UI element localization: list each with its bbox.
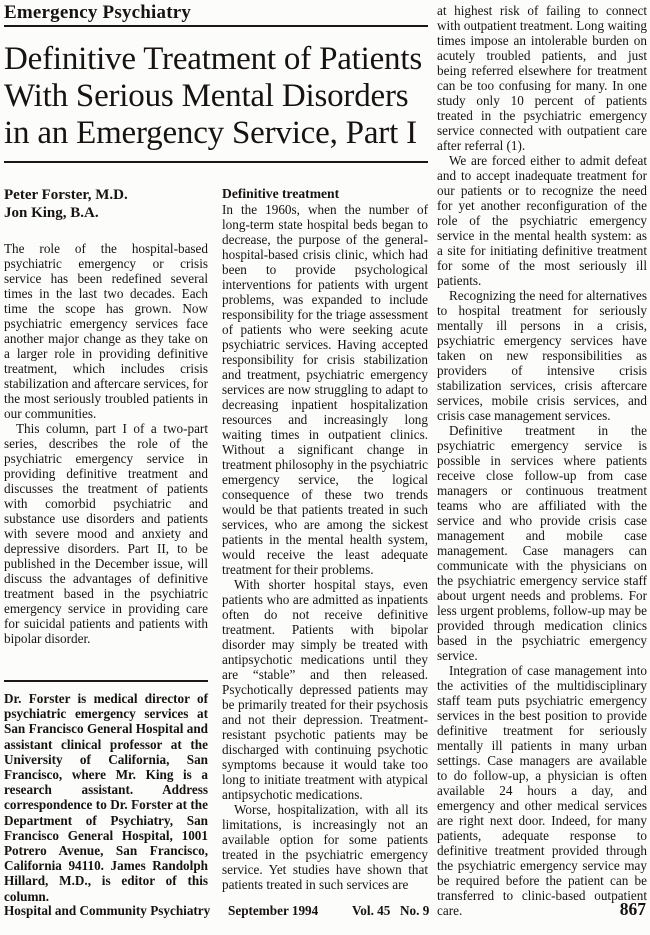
author-note-rule [4, 680, 208, 682]
footer-volume: Vol. 45 [352, 903, 390, 919]
byline: Peter Forster, M.D. Jon King, B.A. [4, 186, 208, 222]
footer-issue-date: September 1994 [228, 903, 318, 919]
body-section-heading: Definitive treatment [222, 186, 428, 202]
intro-paragraph-1: The role of the hospital-based psychiatr… [4, 241, 208, 421]
masthead: Emergency Psychiatry Definitive Treatmen… [4, 2, 428, 163]
article-title-line-2: With Serious Mental Disorders [4, 78, 428, 115]
column-right: at highest risk of failing to connect wi… [437, 3, 647, 918]
intro-paragraph-2: This column, part I of a two-part series… [4, 421, 208, 646]
body-paragraph-2: With shorter hospital stays, even patien… [222, 577, 428, 802]
author-note: Dr. Forster is medical director of psych… [4, 691, 208, 904]
column-middle: Definitive treatment In the 1960s, when … [222, 186, 428, 892]
column-left: Peter Forster, M.D. Jon King, B.A. The r… [4, 186, 208, 904]
page-footer: Hospital and Community Psychiatry Septem… [0, 899, 650, 925]
journal-page: Emergency Psychiatry Definitive Treatmen… [0, 0, 650, 935]
footer-issue-number: No. 9 [400, 903, 429, 919]
body-paragraph-8: Integration of case management into the … [437, 663, 647, 918]
article-title-line-1: Definitive Treatment of Patients [4, 41, 428, 78]
section-header-rule [4, 25, 428, 27]
body-paragraph-5: We are forced either to admit defeat and… [437, 153, 647, 288]
footer-page-number: 867 [620, 899, 646, 920]
body-paragraph-3: Worse, hospitalization, with all its lim… [222, 802, 428, 892]
footer-journal-name: Hospital and Community Psychiatry [4, 903, 210, 919]
body-paragraph-7: Definitive treatment in the psychiatric … [437, 423, 647, 663]
body-paragraph-1: In the 1960s, when the number of long-te… [222, 202, 428, 577]
article-title-line-3: in an Emergency Service, Part I [4, 115, 428, 152]
title-rule [4, 161, 428, 163]
author-1: Peter Forster, M.D. [4, 186, 208, 204]
section-header: Emergency Psychiatry [4, 2, 428, 23]
article-title: Definitive Treatment of Patients With Se… [4, 41, 428, 152]
body-paragraph-6: Recognizing the need for alternatives to… [437, 288, 647, 423]
author-2: Jon King, B.A. [4, 204, 208, 222]
body-paragraph-4: at highest risk of failing to connect wi… [437, 3, 647, 153]
